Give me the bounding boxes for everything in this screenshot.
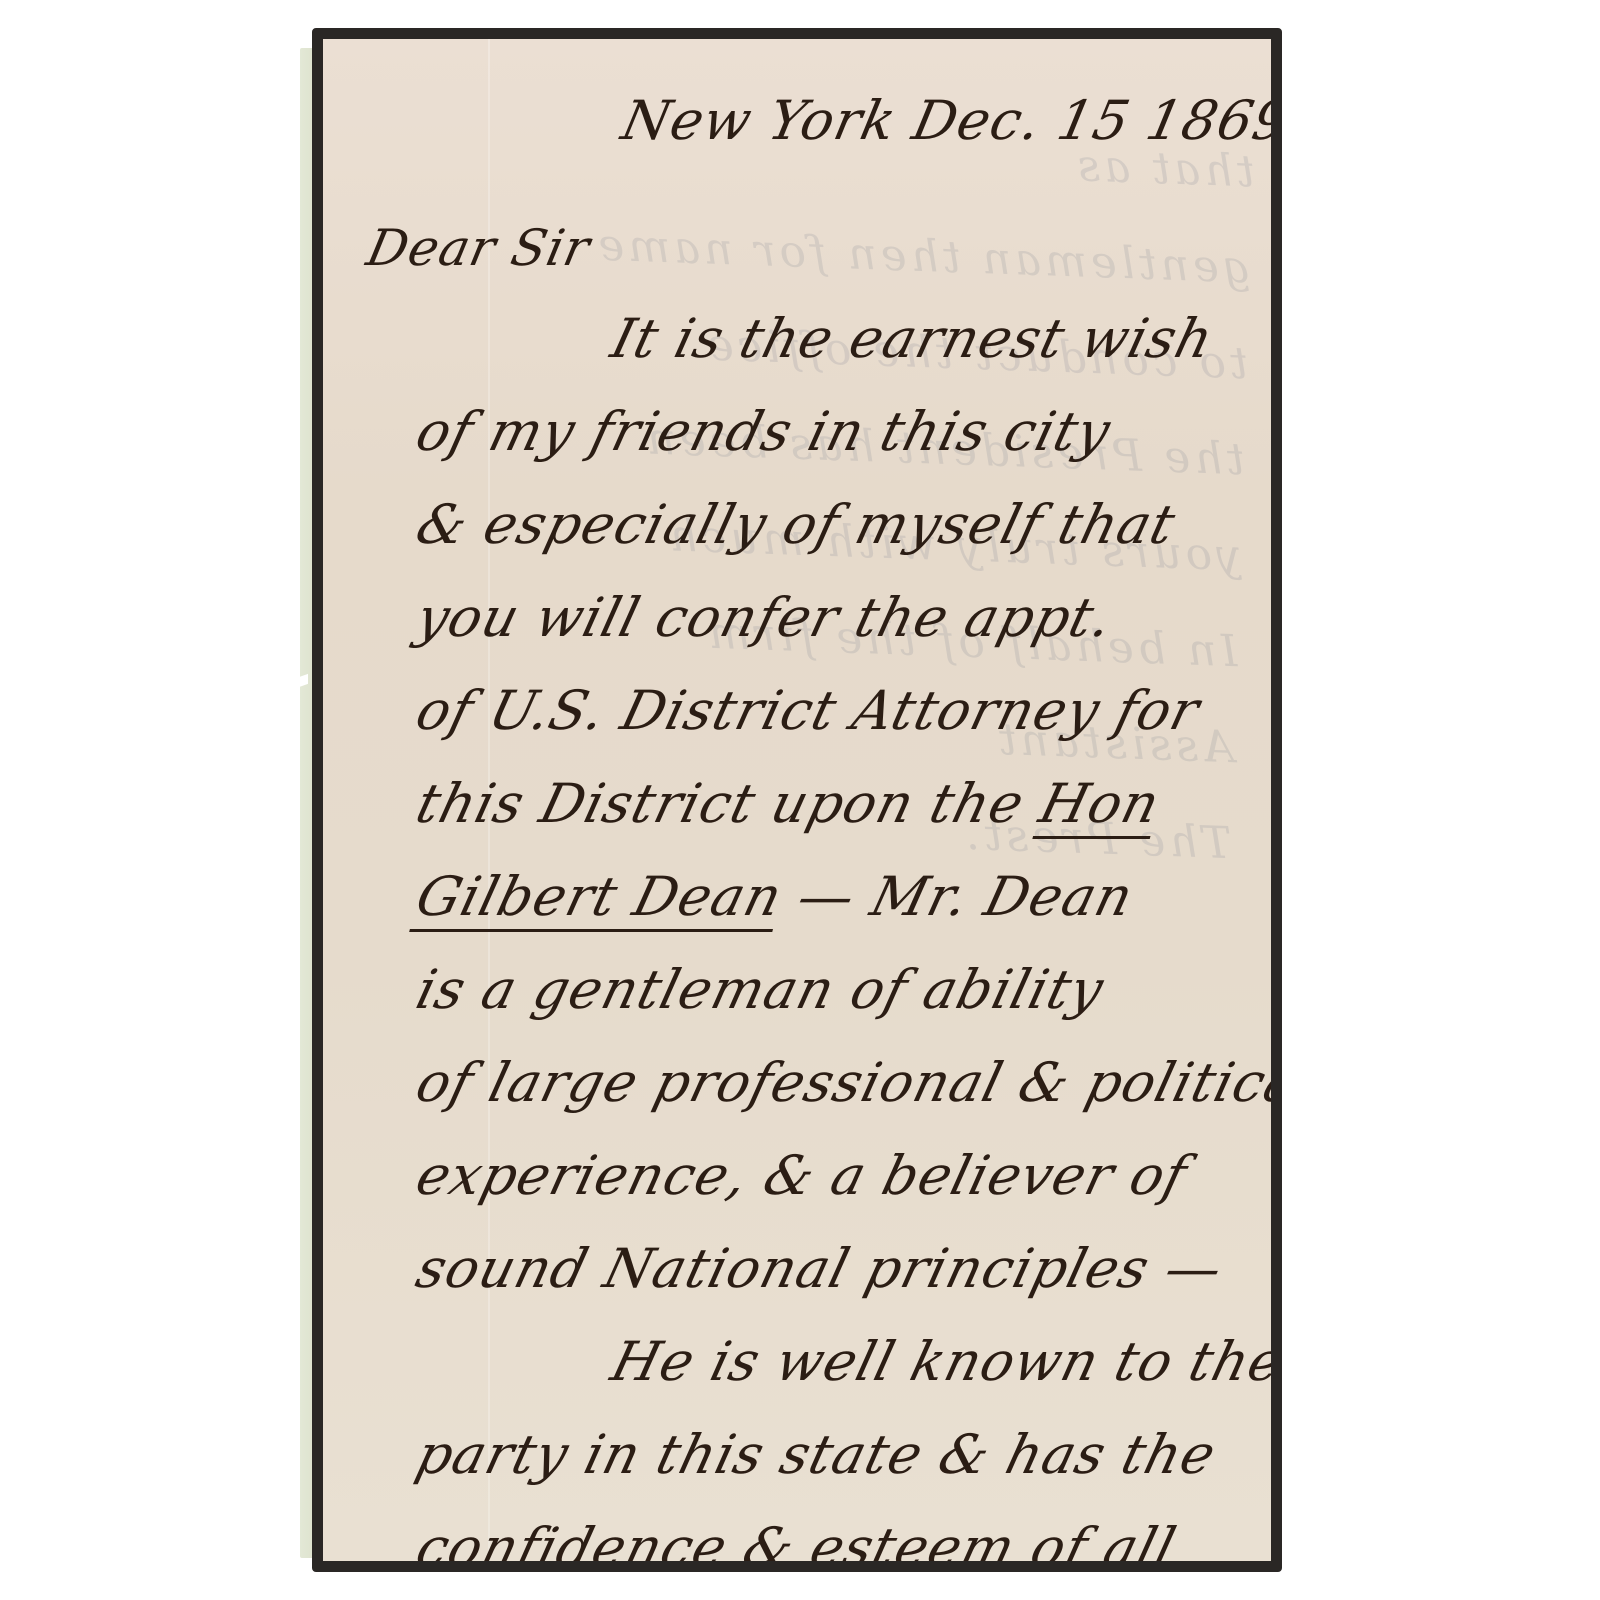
letter-line: experience, & a believer of [410, 1144, 1194, 1207]
letter-page: that as gentleman then for name to condu… [312, 28, 1282, 1572]
dateline: New York Dec. 15 1869 [616, 89, 1282, 152]
letter-line: this District upon the Hon [410, 772, 1166, 835]
letter-line: & especially of myself that [410, 493, 1182, 556]
letter-line: It is the earnest wish [605, 307, 1220, 370]
letter-line: you will confer the appt. [410, 586, 1119, 649]
letter-line: Gilbert Dean — Mr. Dean [410, 865, 1140, 928]
letter-line: confidence & esteem of all [410, 1516, 1182, 1572]
honorific: Hon [1033, 772, 1166, 835]
letter-line: of my friends in this city [410, 400, 1117, 463]
letter-line: of large professional & political [410, 1051, 1282, 1114]
underlined-name: Gilbert Dean [410, 865, 789, 928]
photo-stage: that as gentleman then for name to condu… [0, 0, 1600, 1600]
letter-line: party in this state & has the [410, 1423, 1222, 1486]
letter-line: is a gentleman of ability [410, 958, 1110, 1021]
salutation: Dear Sir [362, 219, 596, 277]
letter-line: of U.S. District Attorney for [410, 679, 1206, 742]
letter-line: He is well known to the [605, 1330, 1282, 1393]
letter-line: sound National principles — [410, 1237, 1229, 1300]
